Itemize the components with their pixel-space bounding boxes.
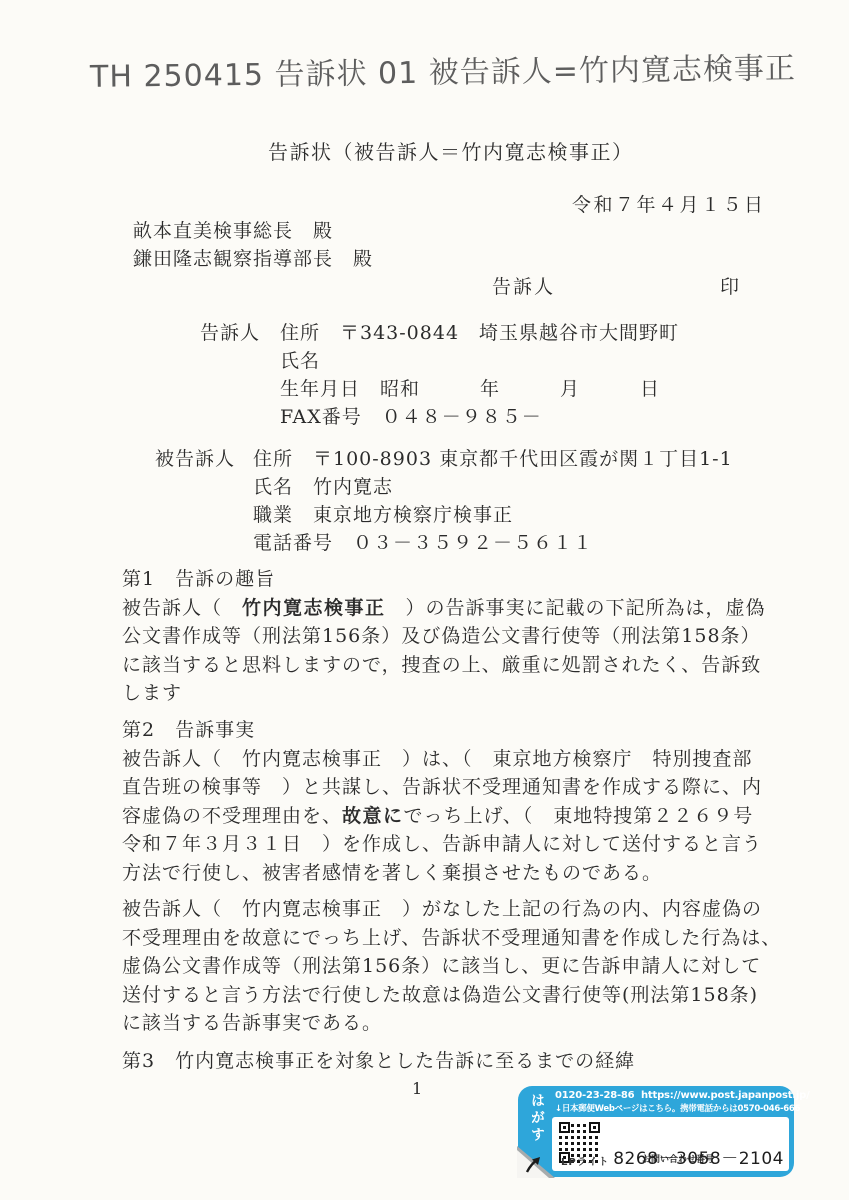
qr-finder-top-left — [559, 1122, 570, 1133]
section-3-heading-text: 第3 竹内寛志検事正を対象とした告訴に至るまでの経緯 — [122, 1047, 777, 1076]
section-2-line-4: 令和７年３月３１日 ）を作成し、告訴申請人に対して送付すると言う — [122, 830, 777, 859]
section-1-line-3: に該当すると思料しますので，捜査の上、厳重に処罰されたく、告訴致 — [122, 651, 777, 680]
section-1-accused-name-bold: 竹内寛志検事正 — [242, 597, 386, 619]
sticker-product-name: LPライト — [561, 1153, 609, 1168]
japan-post-peel-sticker: はがす 0120-23-28-86 https://www.post.japan… — [518, 1086, 794, 1177]
accused-address: 住所 〒100-8903 東京都千代田区霞が関１丁目1-1 — [253, 445, 733, 473]
addressee-list: 畝本直美検事総長 殿 鎌田隆志観察指導部長 殿 — [133, 217, 373, 273]
section-1-line-2: 公文書作成等（刑法第156条）及び偽造公文書行使等（刑法第158条） — [122, 622, 777, 651]
complainant-birthdate: 生年月日 昭和 年 月 日 — [200, 375, 679, 403]
complainant-role-label: 告訴人 — [200, 319, 280, 347]
section-2-paragraph-2: 被告訴人（ 竹内寛志検事正 ）がなした上記の行為の内、内容虚偽の 不受理理由を故… — [122, 895, 777, 1038]
sticker-inner-panel: LPライト お問い合わせ番号 8268－3058－2104 — [552, 1117, 789, 1171]
inquiry-number-value: 8268－3058－2104 — [613, 1144, 784, 1169]
sticker-web-info: ↓日本郵便Webページはこちら。携帯電話からは0570-046-666 — [555, 1102, 810, 1114]
qr-finder-top-right — [589, 1122, 600, 1133]
peel-corner-arrow-icon — [517, 1142, 557, 1178]
paragraph-2-line-2: 不受理理由を故意にでっち上げ、告訴状不受理通知書を作成した行為は、 — [122, 924, 777, 953]
section-1-line-4: します — [122, 679, 777, 708]
addressee-prosecutor-general: 畝本直美検事総長 殿 — [133, 217, 373, 245]
section-1-line-1: 被告訴人（ 竹内寛志検事正 ）の告訴事実に記載の下記所為は，虚偽 — [122, 594, 777, 623]
complainant-fax: FAX番号 ０４８－９８５－ — [200, 403, 679, 431]
section-2-line-3: 容虚偽の不受理理由を、故意にでっち上げ、（ 東地特捜第２２６９号 — [122, 802, 777, 831]
addressee-inspection-director: 鎌田隆志観察指導部長 殿 — [133, 245, 373, 273]
page-number: 1 — [412, 1079, 423, 1098]
section-2-line-3-post: でっち上げ、（ 東地特捜第２２６９号 — [404, 805, 754, 827]
section-2-line-3-pre: 容虚偽の不受理理由を、 — [122, 805, 342, 827]
section-2-line-2: 直告班の検事等 ）と共謀し、告訴状不受理通知書を作成する際に、内 — [122, 773, 777, 802]
sticker-header-text: 0120-23-28-86 https://www.post.japanpost… — [555, 1090, 810, 1114]
paragraph-2-line-5: に該当する告訴事実である。 — [122, 1009, 777, 1038]
section-2-facts: 第2 告訴事実 被告訴人（ 竹内寛志検事正 ）は、（ 東京地方検察庁 特別捜査部… — [122, 716, 777, 887]
sticker-phone-url: 0120-23-28-86 https://www.post.japanpost… — [555, 1090, 810, 1101]
accused-name: 氏名 竹内寛志 — [155, 473, 733, 501]
complainant-name: 氏名 — [200, 347, 679, 375]
signer-label: 告訴人 — [492, 272, 555, 299]
accused-occupation: 職業 東京地方検察庁検事正 — [155, 501, 733, 529]
peel-off-label: はがす — [527, 1093, 547, 1144]
document-date: 令和７年４月１５日 — [572, 190, 766, 217]
accused-phone: 電話番号 ０３－３５９２－５６１１ — [155, 529, 733, 557]
handwritten-note: TH 250415 告訴状 01 被告訴人=竹内寛志検事正 — [90, 44, 730, 96]
section-2-intent-bold: 故意に — [342, 805, 404, 827]
section-1-heading: 第1 告訴の趣旨 — [122, 565, 777, 594]
section-1-purpose: 第1 告訴の趣旨 被告訴人（ 竹内寛志検事正 ）の告訴事実に記載の下記所為は，虚… — [122, 565, 777, 708]
paragraph-2-line-3: 虚偽公文書作成等（刑法第156条）に該当し、更に告訴申請人に対して — [122, 952, 777, 981]
document-title: 告訴状（被告訴人＝竹内寛志検事正） — [268, 136, 634, 165]
section-1-line-1-pre: 被告訴人（ — [122, 597, 242, 619]
seal-placeholder: 印 — [720, 272, 739, 299]
section-3-heading: 第3 竹内寛志検事正を対象とした告訴に至るまでの経緯 — [122, 1047, 777, 1076]
accused-role-label: 被告訴人 — [155, 445, 253, 473]
paragraph-2-line-1: 被告訴人（ 竹内寛志検事正 ）がなした上記の行為の内、内容虚偽の — [122, 895, 777, 924]
complainant-address: 住所 〒343-0844 埼玉県越谷市大間野町 — [280, 319, 679, 347]
accused-block: 被告訴人 住所 〒100-8903 東京都千代田区霞が関１丁目1-1 氏名 竹内… — [155, 445, 733, 557]
section-2-line-1: 被告訴人（ 竹内寛志検事正 ）は、（ 東京地方検察庁 特別捜査部 — [122, 745, 777, 774]
scanned-complaint-document: TH 250415 告訴状 01 被告訴人=竹内寛志検事正 告訴状（被告訴人＝竹… — [0, 0, 849, 1200]
complainant-address-row: 告訴人 住所 〒343-0844 埼玉県越谷市大間野町 — [200, 319, 679, 347]
accused-address-row: 被告訴人 住所 〒100-8903 東京都千代田区霞が関１丁目1-1 — [155, 445, 733, 473]
section-2-heading: 第2 告訴事実 — [122, 716, 777, 745]
paragraph-2-line-4: 送付すると言う方法で行使した故意は偽造公文書行使等(刑法第158条) — [122, 981, 777, 1010]
section-2-line-5: 方法で行使し、被害者感情を著しく棄損させたものである。 — [122, 859, 777, 888]
section-1-line-1-post: ）の告訴事実に記載の下記所為は，虚偽 — [386, 597, 766, 619]
complainant-block: 告訴人 住所 〒343-0844 埼玉県越谷市大間野町 氏名 生年月日 昭和 年… — [200, 319, 679, 431]
